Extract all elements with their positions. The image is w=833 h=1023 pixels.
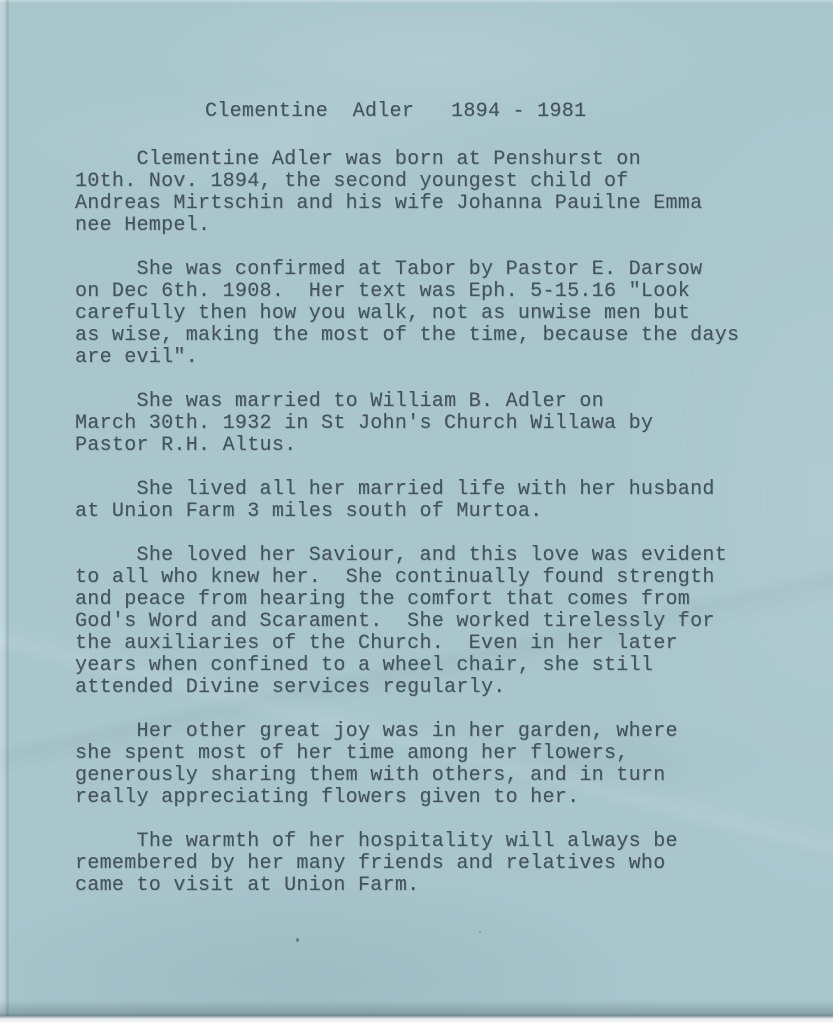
paper-speck (296, 938, 299, 942)
paragraph-hospitality: The warmth of her hospitality will alway… (75, 831, 775, 897)
paper-speck (479, 931, 481, 933)
scan-bottom-margin (0, 1016, 833, 1023)
paper-bottom-edge (0, 1000, 833, 1016)
paragraph-marriage: She was married to William B. Adler on M… (75, 391, 775, 457)
paragraph-faith: She loved her Saviour, and this love was… (75, 545, 775, 699)
document-page: Clementine Adler 1894 - 1981 Clementine … (0, 0, 833, 1023)
paragraph-garden: Her other great joy was in her garden, w… (75, 721, 775, 809)
paragraph-birth: Clementine Adler was born at Penshurst o… (75, 149, 775, 237)
typewritten-text-block: Clementine Adler 1894 - 1981 Clementine … (0, 0, 833, 919)
paragraph-residence: She lived all her married life with her … (75, 479, 775, 523)
document-title: Clementine Adler 1894 - 1981 (205, 101, 775, 123)
paragraph-confirmation: She was confirmed at Tabor by Pastor E. … (75, 259, 775, 369)
